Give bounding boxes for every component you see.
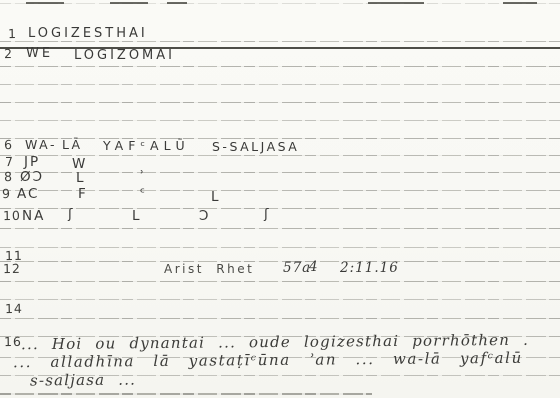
line-number-8: 8 (4, 169, 13, 184)
ruled-line (0, 41, 560, 42)
variant-s1: ʃ (68, 206, 75, 222)
token-yafalu: YAFᶜALŪ (103, 138, 190, 153)
variant-l2: L (211, 189, 221, 205)
scan-edge-mark (368, 2, 424, 4)
line-number-10: 10 (3, 208, 21, 223)
ruled-line (0, 208, 560, 209)
ruled-line (0, 66, 560, 67)
ruled-line (0, 120, 560, 121)
scan-edge-mark (503, 2, 537, 4)
token-la: LĀ (62, 137, 83, 152)
siglum-ac: AC (17, 186, 39, 202)
scan-edge-mark (167, 2, 187, 4)
note-card: 1 LOGIZESTHAI 2 WE LOGIZOMAI 6 WA- LĀ YA… (0, 0, 560, 398)
citation-work: Arist Rhet (164, 262, 254, 276)
variant-hamza: ʾ (140, 168, 146, 184)
arabic-translit-line: ... alladhīna lā yastaṭīᶜūna ʾan ... wa-… (13, 349, 523, 371)
scan-edge-mark (26, 2, 64, 4)
variant-l3: L (132, 208, 142, 224)
line-number-7: 7 (5, 154, 14, 169)
citation-ref: 2:11.16 (340, 260, 399, 276)
token-saljasa: S-SALJASA (212, 139, 299, 154)
variant-c: Ɔ (199, 208, 211, 224)
ruled-line (0, 299, 560, 300)
siglum-jp: JP (24, 154, 40, 170)
line-number-16: 16 (4, 334, 22, 349)
line-number-14: 14 (5, 301, 23, 316)
entry-logizesthai: LOGIZESTHAI (28, 26, 148, 41)
line-number-6: 6 (4, 137, 13, 152)
citation-section: 4 (309, 259, 319, 275)
ruled-line (0, 393, 372, 395)
ruled-line (0, 318, 560, 319)
line-number-2: 2 (4, 46, 13, 61)
line-number-12: 12 (3, 261, 21, 276)
siglum-oc: ØƆ (20, 169, 44, 185)
ruled-line (0, 228, 560, 229)
ruled-line (0, 281, 560, 282)
scan-edge-mark (110, 2, 148, 4)
line-number-1: 1 (8, 26, 17, 41)
ruled-line (0, 247, 560, 248)
citation-page: 57a (283, 260, 311, 276)
line-number-9: 9 (2, 186, 11, 201)
variant-l: L (76, 170, 86, 186)
entry-we: WE (26, 46, 53, 61)
ruled-line (0, 84, 560, 85)
variant-s2: ʃ (264, 206, 271, 222)
ruled-line (0, 102, 560, 103)
ruled-line (0, 261, 560, 262)
siglum-na: NA (22, 208, 45, 224)
arabic-translit-cont: s-saljasa ... (30, 371, 136, 390)
variant-f: F (78, 186, 88, 202)
entry-logizomai: LOGIZOMAI (74, 48, 175, 63)
variant-ayn: ᶜ (140, 185, 147, 201)
ruled-line (0, 3, 560, 4)
token-wa: WA- (25, 137, 57, 152)
